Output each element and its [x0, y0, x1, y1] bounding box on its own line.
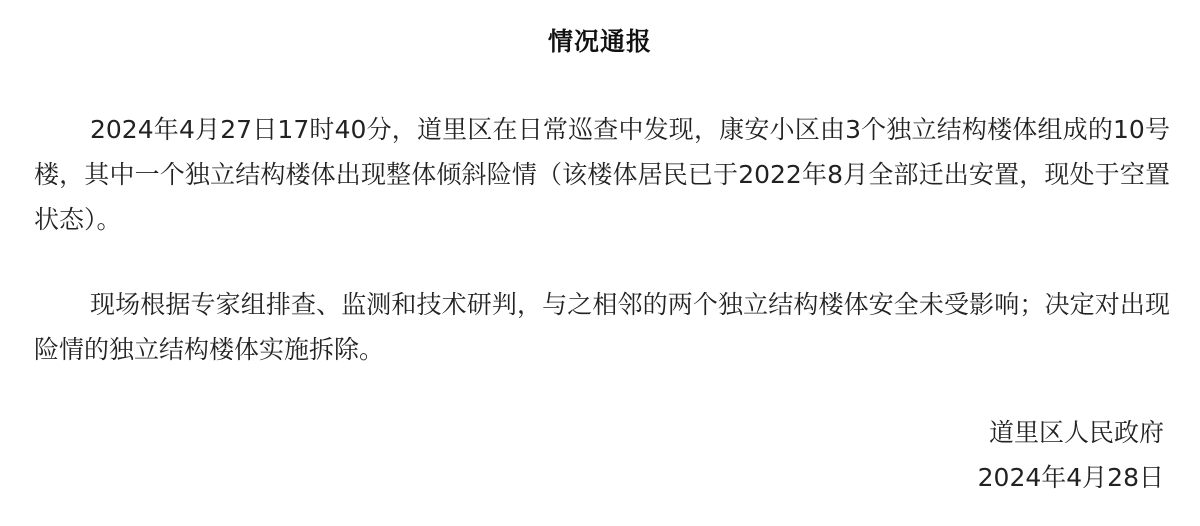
- issue-date: 2024年4月28日: [978, 455, 1164, 500]
- paragraph-decision: 现场根据专家组排查、监测和技术研判，与之相邻的两个独立结构楼体安全未受影响；决定…: [34, 282, 1170, 372]
- signature-block: 道里区人民政府 2024年4月28日: [978, 410, 1164, 500]
- document-title: 情况通报: [0, 24, 1200, 60]
- notice-document: 情况通报 2024年4月27日17时40分，道里区在日常巡查中发现，康安小区由3…: [0, 0, 1200, 526]
- paragraph-incident: 2024年4月27日17时40分，道里区在日常巡查中发现，康安小区由3个独立结构…: [34, 107, 1170, 242]
- issuer-name: 道里区人民政府: [978, 410, 1164, 455]
